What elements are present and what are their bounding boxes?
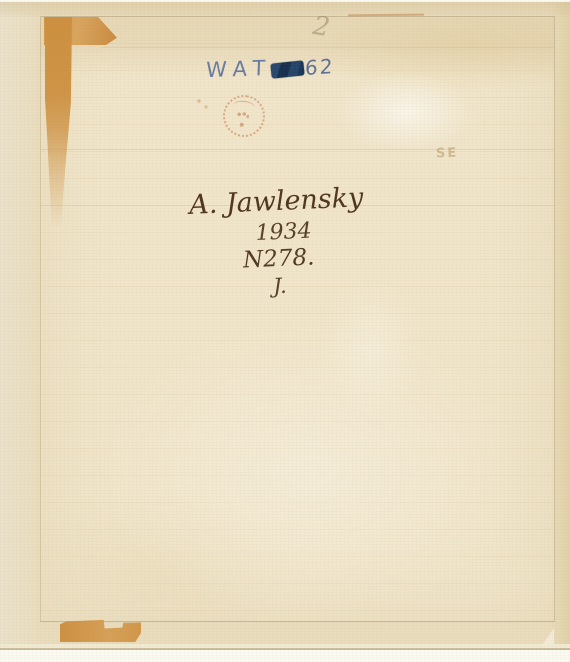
annotation-code-number: 62	[305, 54, 335, 80]
annotation-code-prefix: WAT	[206, 56, 273, 82]
stamp-ink-specks	[196, 98, 212, 112]
backing-bottom-edge-shadow	[0, 648, 570, 650]
stamp-inner-marks	[237, 111, 250, 120]
paper-crease-line	[41, 149, 554, 150]
artwork-sheet	[40, 16, 555, 622]
artwork-verso-photo: WAT 62 2 SE A. Jawlensky 1934 N278. J.	[0, 0, 570, 662]
handwritten-inscription: A. Jawlensky 1934 N278. J.	[176, 182, 381, 303]
faint-mark: SE	[436, 146, 459, 162]
paper-crease-line	[101, 47, 554, 48]
stamp-inner-dot	[239, 123, 244, 128]
